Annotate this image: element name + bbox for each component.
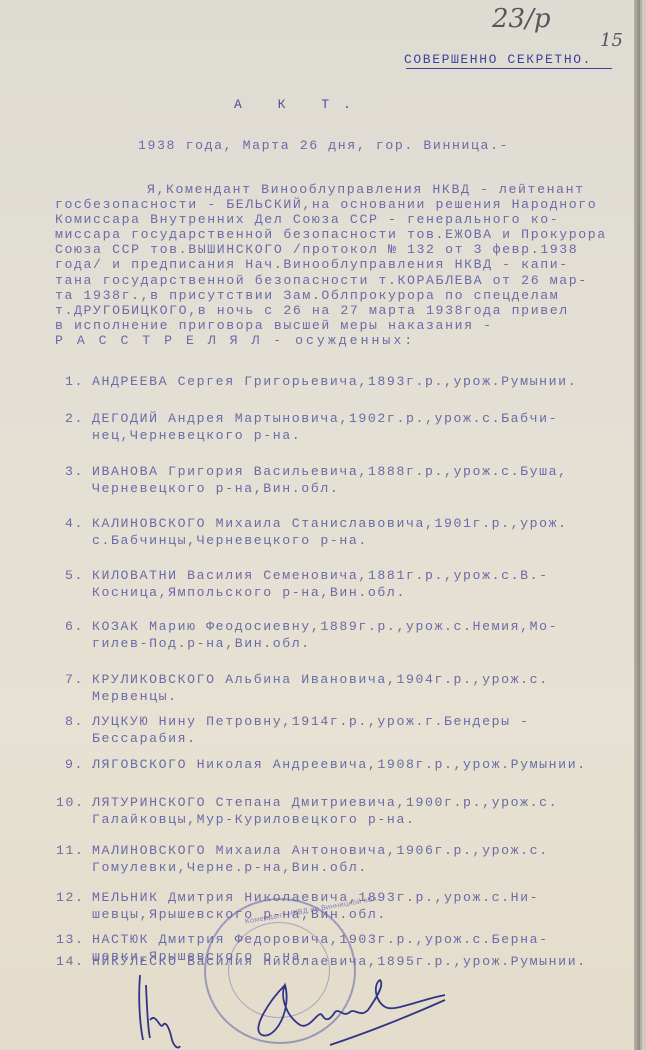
- signatures: [0, 0, 646, 1050]
- signature-right: [258, 980, 445, 1045]
- document-page: 23/р 15 СОВЕРШЕННО СЕКРЕТНО. А К Т. 1938…: [0, 0, 642, 1050]
- paper-edge-shadow: [634, 0, 640, 1050]
- signature-left: [139, 975, 180, 1048]
